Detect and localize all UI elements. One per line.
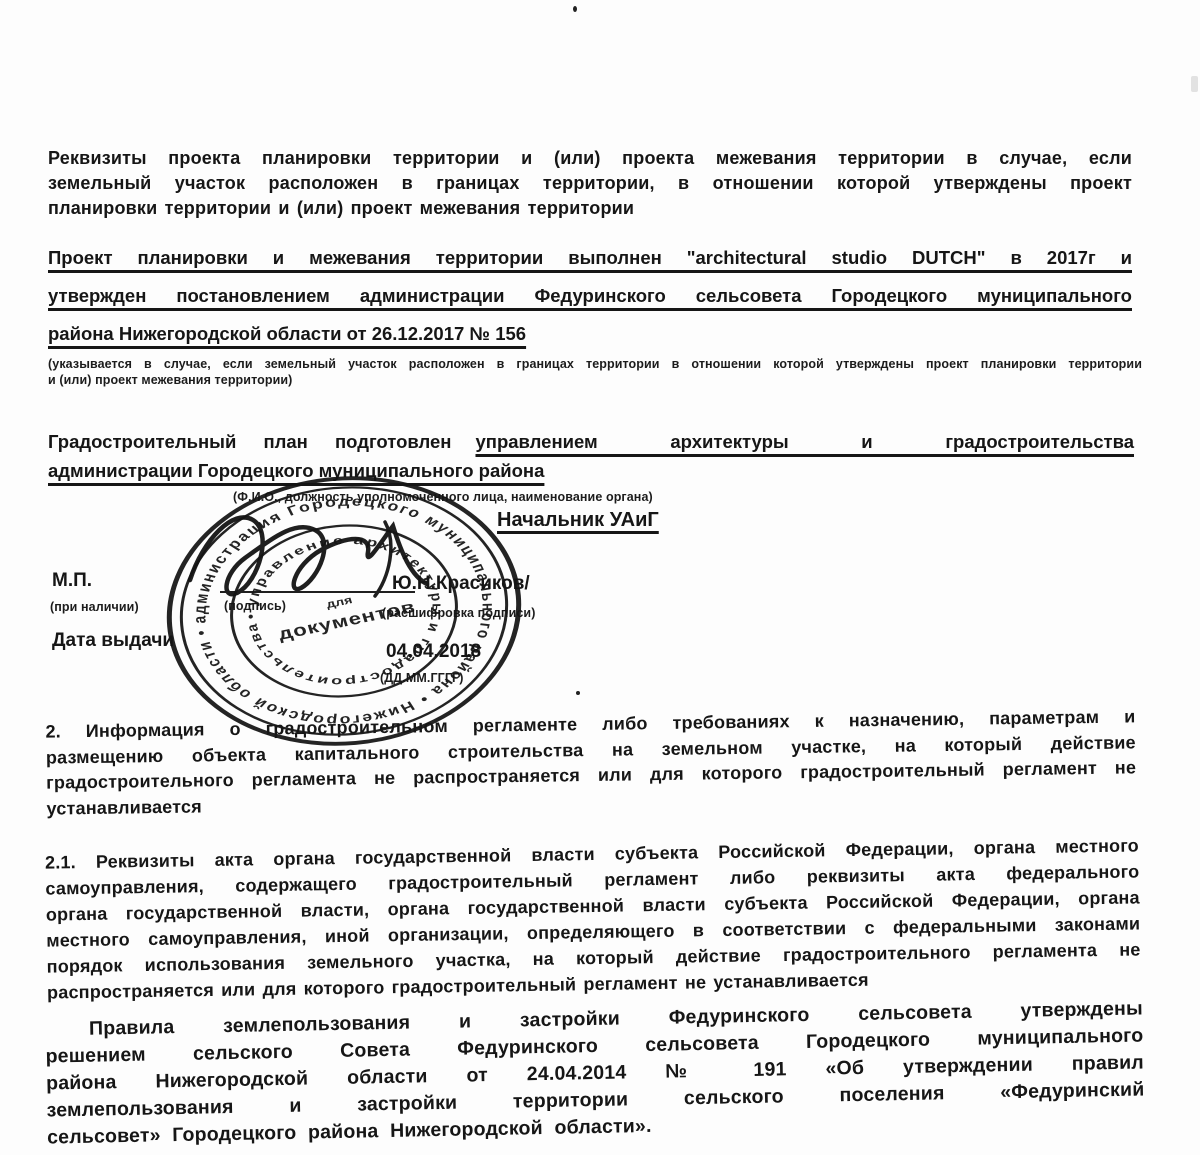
issue-date-label: Дата выдачи <box>52 630 174 652</box>
paragraph-line: и (или) проект межевания территории) <box>48 372 1142 388</box>
section-2-1-paragraph: 2.1. Реквизиты акта органа государственн… <box>45 832 1141 1005</box>
paragraph-line: Реквизиты проекта планировки территории … <box>48 146 1132 171</box>
prepared-by-authority-line-1: управлением архитектуры и градостроитель… <box>475 431 1134 453</box>
project-plan-filled-line-1: Проект планировки и межевания территории… <box>48 247 1132 269</box>
scanned-document-page: Реквизиты проекта планировки территории … <box>0 0 1200 1155</box>
scan-smudge <box>1191 76 1198 92</box>
scan-speck <box>573 6 577 12</box>
paragraph-line: земельный участок расположен в границах … <box>48 171 1132 196</box>
paragraph-line: планировки территории и (или) проект меж… <box>48 196 1132 221</box>
paragraph-line: (указывается в случае, если земельный уч… <box>48 356 1142 372</box>
section-2-heading: 2. Информация о градостроительном реглам… <box>45 704 1136 821</box>
stamp-place-label: М.П. <box>52 570 92 592</box>
handwritten-signature <box>175 492 475 617</box>
prepared-by-prefix: Градостроительный план подготовлен <box>48 431 451 453</box>
project-plan-filled-line-3: района Нижегородской области от 26.12.20… <box>48 323 1132 345</box>
requisites-footnote: (указывается в случае, если земельный уч… <box>48 356 1142 388</box>
land-use-rules-paragraph: Правила землепользования и застройки Фед… <box>45 995 1145 1151</box>
position-title: Начальник УАиГ <box>497 509 659 532</box>
requisites-intro-paragraph: Реквизиты проекта планировки территории … <box>48 146 1132 221</box>
project-plan-filled-line-2: утвержден постановлением администрации Ф… <box>48 285 1132 307</box>
scan-speck <box>576 691 580 695</box>
stamp-place-note: (при наличии) <box>50 599 139 615</box>
prepared-by-line: Градостроительный план подготовлен управ… <box>48 431 1134 453</box>
signature-graphic <box>175 492 475 617</box>
